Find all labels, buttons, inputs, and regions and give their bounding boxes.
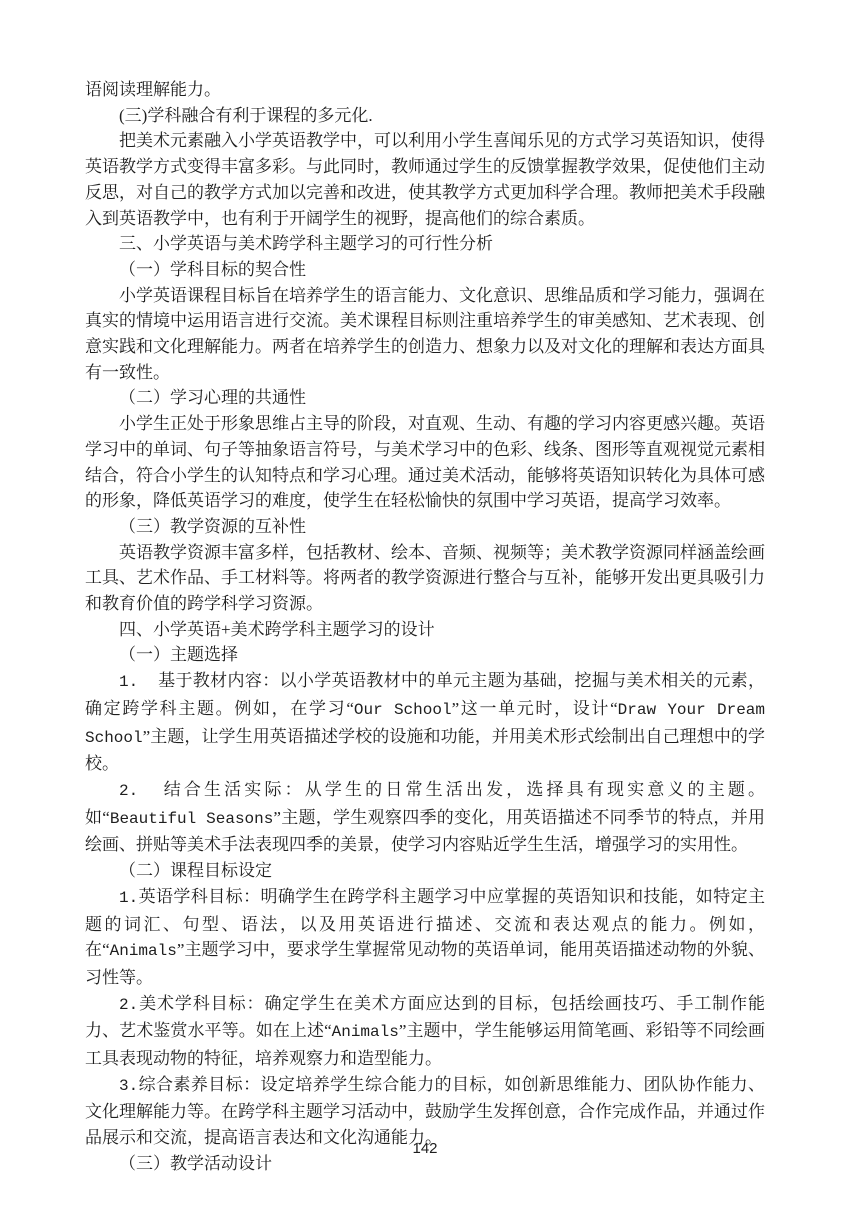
heading-subsection-4-1: （一）主题选择	[85, 642, 765, 668]
heading-subsection-3-2: （二）学习心理的共通性	[85, 385, 765, 411]
latin-text: 2.	[119, 782, 164, 800]
paragraph-english-goals: 1.英语学科目标：明确学生在跨学科主题学习中应掌握的英语知识和技能，如特定主题的…	[85, 884, 765, 991]
heading-subsection-4-2: （二）课程目标设定	[85, 858, 765, 884]
paragraph-comprehensive-goals: 3.综合素养目标：设定培养学生综合能力的目标，如创新思维能力、团队协作能力、文化…	[85, 1072, 765, 1151]
latin-text: Beautiful Seasons	[110, 810, 274, 828]
paragraph-fusion-benefits: 把美术元素融入小学英语教学中，可以利用小学生喜闻乐见的方式学习英语知识，使得英语…	[85, 128, 765, 231]
latin-text: 2.	[119, 996, 138, 1014]
heading-subsection-3-3: （三）教学资源的互补性	[85, 514, 765, 540]
paragraph-resource-complementarity: 英语教学资源丰富多样，包括教材、绘本、音频、视频等；美术教学资源同样涵盖绘画工具…	[85, 540, 765, 617]
paragraph-theme-from-textbook: 1. 基于教材内容：以小学英语教材中的单元主题为基础，挖掘与美术相关的元素，确定…	[85, 668, 765, 777]
document-page: 语阅读理解能力。(三)学科融合有利于课程的多元化.把美术元素融入小学英语教学中，…	[0, 0, 850, 1205]
paragraph-theme-from-life: 2. 结合生活实际：从学生的日常生活出发，选择具有现实意义的主题。如“Beaut…	[85, 777, 765, 858]
paragraph-goal-compatibility: 小学英语课程目标旨在培养学生的语言能力、文化意识、思维品质和学习能力，强调在真实…	[85, 283, 765, 386]
document-body: 语阅读理解能力。(三)学科融合有利于课程的多元化.把美术元素融入小学英语教学中，…	[85, 77, 765, 1177]
latin-text: 3.	[119, 1077, 138, 1095]
paragraph-art-goals: 2.美术学科目标：确定学生在美术方面应达到的目标，包括绘画技巧、手工制作能力、艺…	[85, 991, 765, 1072]
latin-text: 1.	[119, 889, 138, 907]
heading-subsection-2-3: (三)学科融合有利于课程的多元化.	[85, 103, 765, 129]
page-number: 142	[0, 1140, 850, 1157]
heading-subsection-3-1: （一）学科目标的契合性	[85, 257, 765, 283]
latin-text: Our School	[354, 701, 452, 719]
latin-text: 1.	[119, 673, 158, 691]
heading-section-3: 三、小学英语与美术跨学科主题学习的可行性分析	[85, 231, 765, 257]
latin-text: Animals	[332, 1023, 399, 1041]
latin-text: Animals	[110, 942, 177, 960]
paragraph-continuation: 语阅读理解能力。	[85, 77, 765, 103]
heading-section-4: 四、小学英语+美术跨学科主题学习的设计	[85, 617, 765, 643]
paragraph-learning-psychology: 小学生正处于形象思维占主导的阶段，对直观、生动、有趣的学习内容更感兴趣。英语学习…	[85, 411, 765, 514]
